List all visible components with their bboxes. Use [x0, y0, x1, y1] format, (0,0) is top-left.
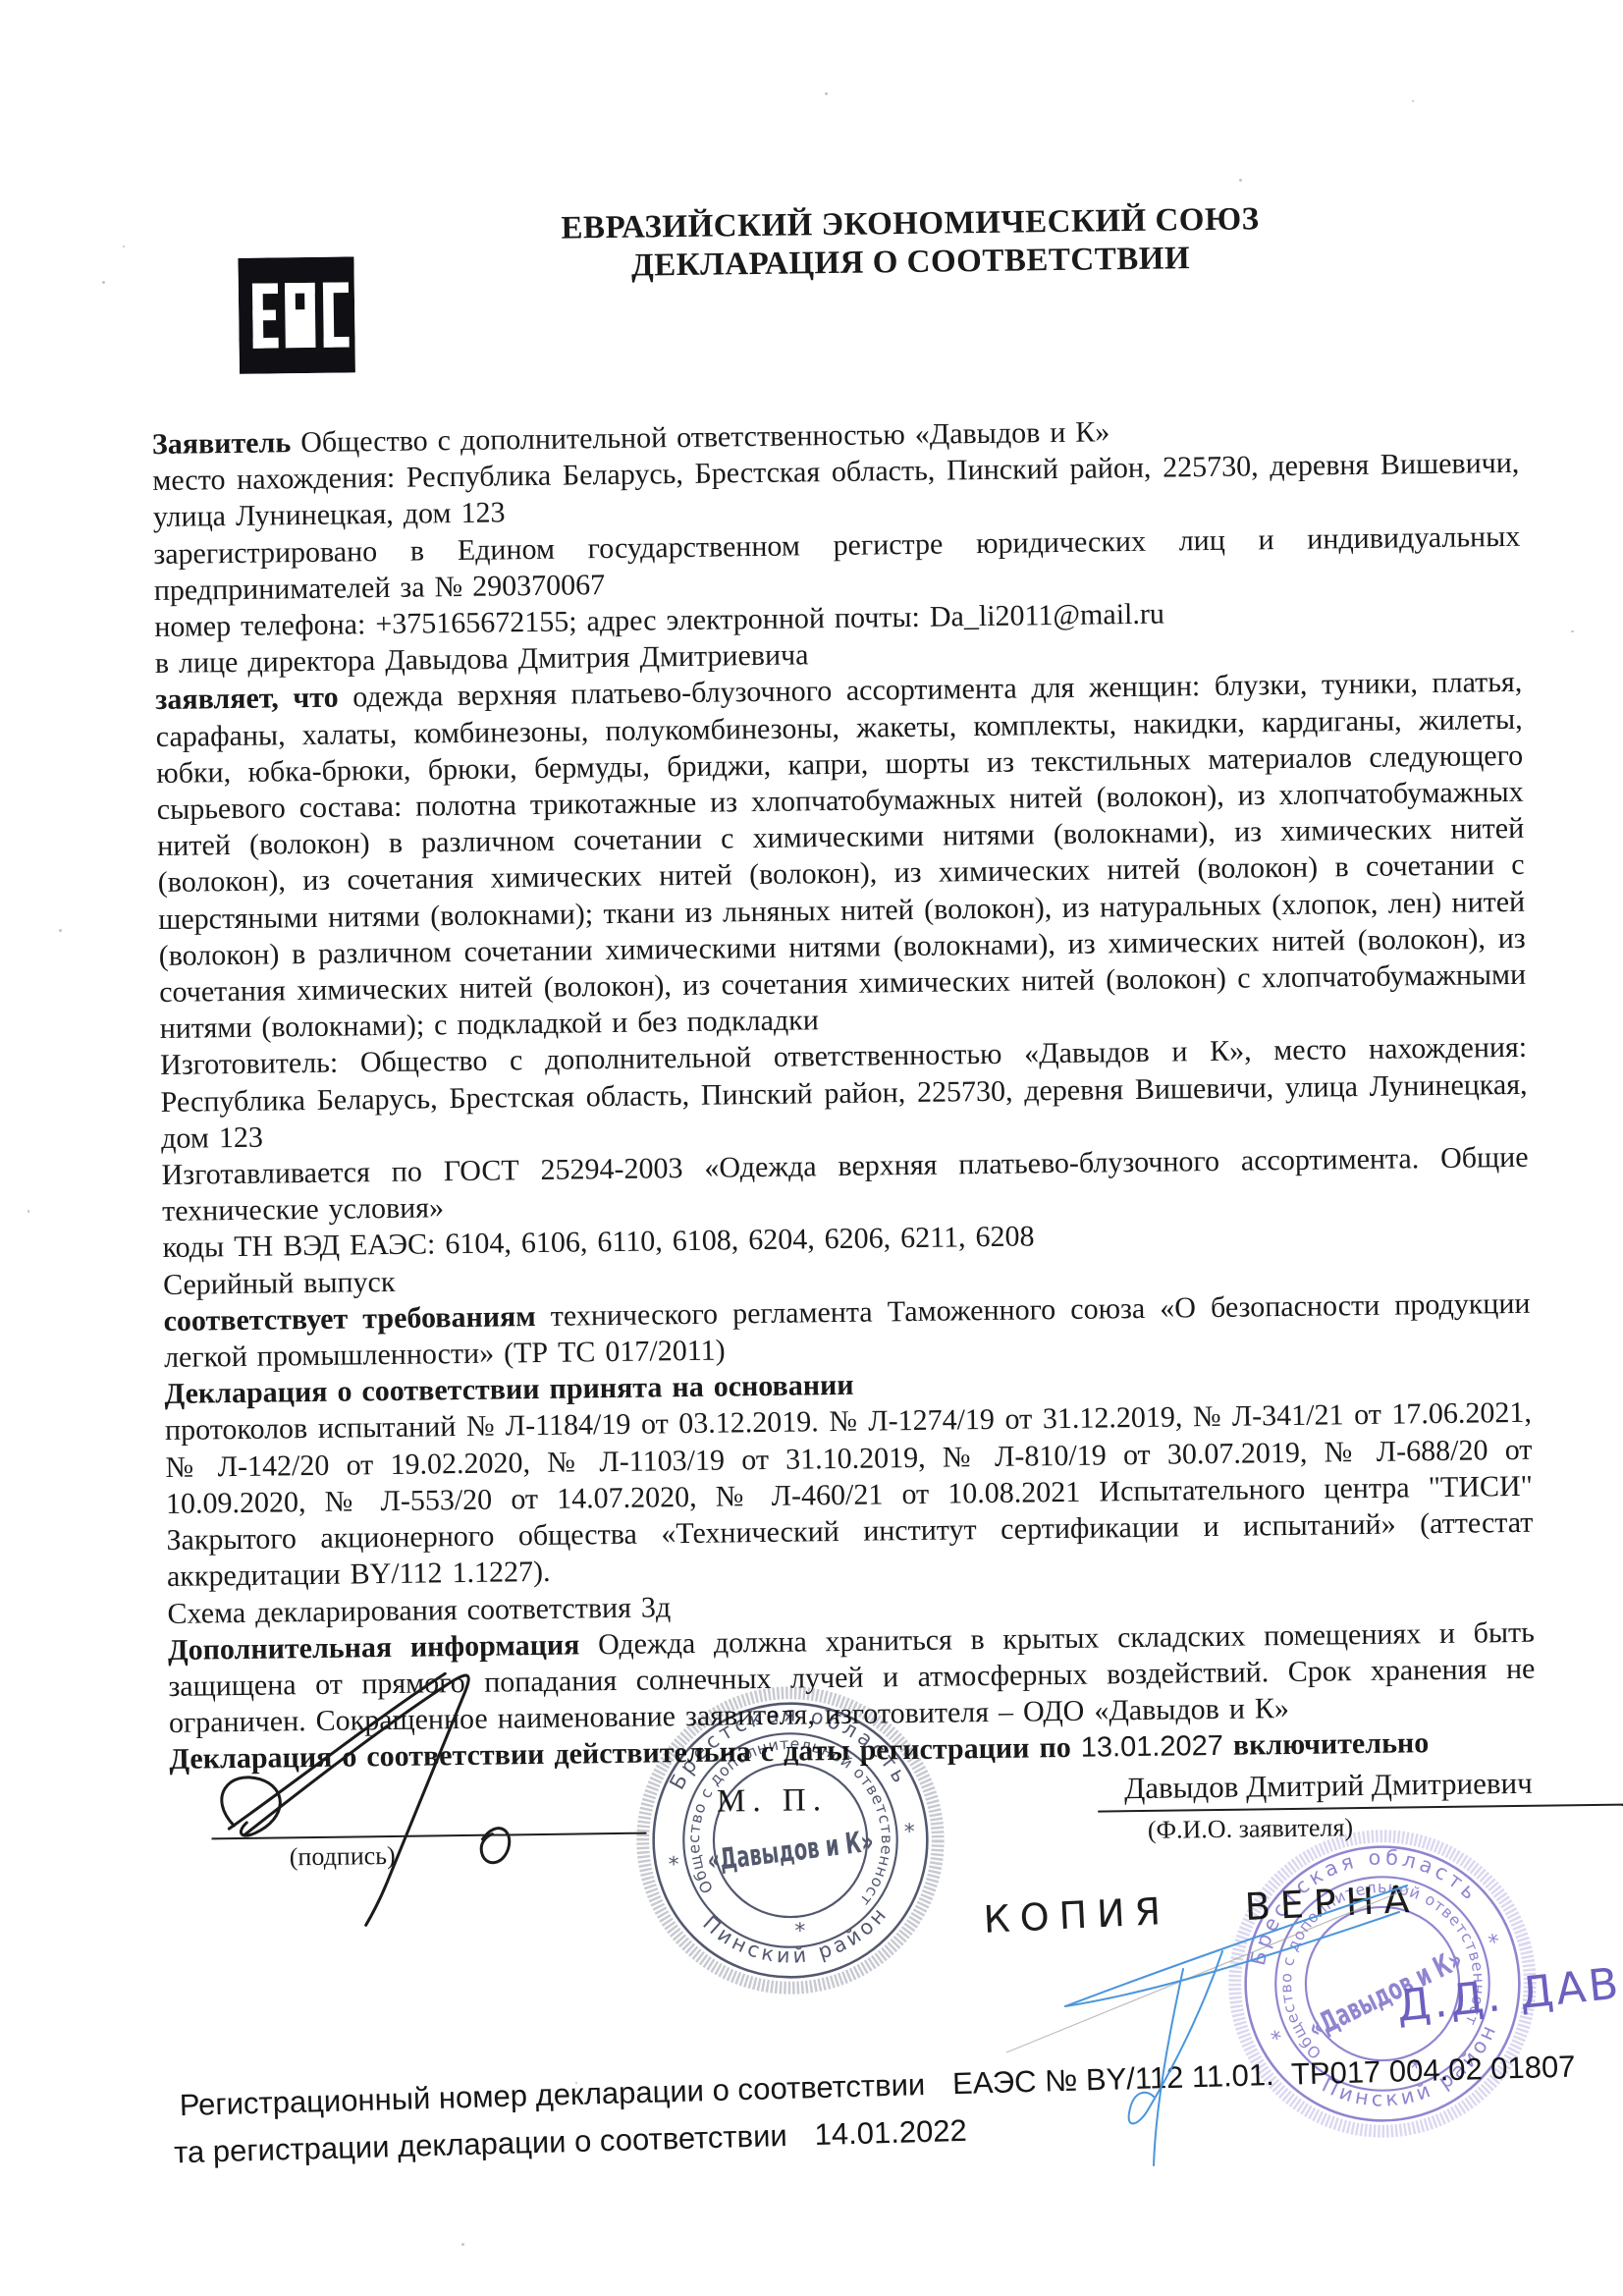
scan-speck	[59, 929, 62, 932]
scan-speck	[825, 92, 828, 95]
scan-speck	[461, 2243, 464, 2246]
reg-date-line: та регистрации декларации о соответствии…	[174, 2113, 968, 2171]
reg-number-label: Регистрационный номер декларации о соотв…	[179, 2067, 925, 2123]
scan-speck	[1412, 100, 1414, 102]
pen-scribble	[938, 1841, 1458, 2234]
scan-speck	[102, 281, 105, 284]
reg-date-label: та регистрации декларации о соответствии	[174, 2118, 787, 2170]
stamp-star-icon: *	[669, 1853, 679, 1878]
declaration-document-page: ЕВРАЗИЙСКИЙ ЭКОНОМИЧЕСКИЙ СОЮЗ ДЕКЛАРАЦИ…	[0, 0, 1623, 2296]
scan-speck	[1239, 179, 1242, 182]
scan-speck	[1571, 630, 1574, 632]
stamp-star-icon: *	[904, 1820, 915, 1844]
scan-speck	[123, 246, 125, 247]
scan-speck	[575, 2082, 577, 2084]
stamp-star-icon: *	[794, 1919, 805, 1943]
stamp-star-icon: *	[1487, 1930, 1503, 1956]
stamp-company-name: «Давыдов и К»	[705, 1824, 875, 1878]
company-round-stamp-primary: Брестская область Пинский район Общество…	[625, 1675, 955, 2005]
scan-speck	[27, 1210, 29, 1213]
